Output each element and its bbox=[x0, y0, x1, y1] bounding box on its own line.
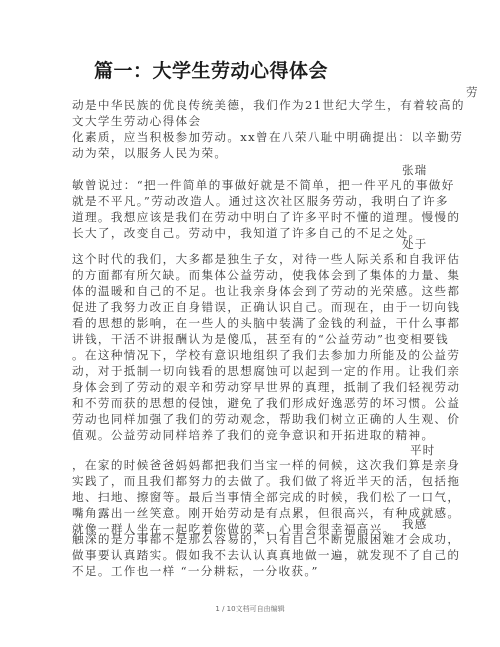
margin-character: 劳 bbox=[466, 84, 478, 100]
paragraph-line: 促进了我努力改正自身错误，正确认识自己。而现在，由于一切向钱 bbox=[72, 299, 460, 315]
paragraph-line: 触深的是万事都不是那么容易的，只有自己不断克服困难才会成功， bbox=[72, 531, 460, 547]
paragraph-line: 劳动也同样加强了我们的劳动观念，帮助我们树立正确的人生观、价 bbox=[72, 411, 460, 427]
paragraph-line: 的方面都有所欠缺。而集体公益劳动，使我体会到了集体的力量、集 bbox=[72, 267, 460, 283]
paragraph-line: 化素质，应当积极参加劳动。xx曾在八荣八耻中明确提出：以辛勤劳 bbox=[72, 129, 463, 145]
paragraph-line: 值观。公益劳动同样培养了我们的竞争意识和开拓进取的精神。 bbox=[72, 427, 434, 443]
paragraph-line: 长大了，改变自己。劳动中，我知道了许多自己的不足之处。 bbox=[72, 225, 421, 241]
paragraph-line: 讲钱，干活不讲报酬认为是傻瓜，甚至有的“公益劳动”也变相要钱 bbox=[72, 331, 449, 347]
paragraph-line: 看的思想的影响，在一些人的头脑中装满了金钱的利益，干什么事都 bbox=[72, 315, 460, 331]
paragraph-line: 敏曾说过：“把一件简单的事做好就是不简单，把一件平凡的事做好 bbox=[72, 177, 455, 193]
document-title: 篇一：大学生劳动心得体会 bbox=[94, 56, 328, 83]
paragraph-line: 体的温暖和自己的不足。也让我亲身体会到了劳动的光荣感。这些都 bbox=[72, 283, 460, 299]
paragraph-line: 动为荣，以服务人民为荣。 bbox=[72, 145, 227, 161]
paragraph-line: 文大学生劳动心得体会 bbox=[72, 113, 201, 129]
paragraph-line: 和不劳而获的思想的侵蚀，避免了我们形成好逸恶劳的坏习惯。公益 bbox=[72, 395, 460, 411]
paragraph-line: 不足。工作也一样 “一分耕耘，一分收获。” bbox=[72, 563, 319, 579]
paragraph-line: 就是不平凡。”劳动改造人。通过这次社区服务劳动，我明白了许多 bbox=[72, 193, 449, 209]
paragraph-lead: 我感 bbox=[402, 516, 427, 532]
paragraph-line: 身体会到了劳动的艰辛和劳动穿早世界的真理，抵制了我们轻视劳动 bbox=[72, 379, 460, 395]
paragraph-lead: 张瑞 bbox=[402, 162, 427, 178]
paragraph-lead: 平时 bbox=[410, 442, 435, 458]
paragraph-line: 实践了，而且我们都努力的去做了。我们做了将近半天的活，包括拖 bbox=[72, 473, 460, 489]
paragraph-lead: 处于 bbox=[402, 236, 427, 252]
paragraph-line: 做事要认真踏实。假如我不去认认真真地做一遍，就发现不了自己的 bbox=[72, 547, 460, 563]
paragraph-line: 。在这种情况下，学校有意识地组织了我们去参加力所能及的公益劳 bbox=[72, 347, 460, 363]
paragraph-line: 动是中华民族的优良传统美德，我们作为21世纪大学生，有着较高的 bbox=[72, 97, 465, 113]
paragraph-line: ，在家的时候爸爸妈妈都把我们当宝一样的伺候，这次我们算是亲身 bbox=[72, 457, 460, 473]
paragraph-line: 这个时代的我们，大多都是独生子女，对待一些人际关系和自我评估 bbox=[72, 251, 460, 267]
paragraph-line: 地、扫地、擦窗等。最后当事情全部完成的时候，我们松了一口气， bbox=[72, 489, 460, 505]
page-footer: 1 / 10文档可自由编辑 bbox=[0, 604, 500, 614]
paragraph-line: 动，对于抵制一切向钱看的思想腐蚀可以起到一定的作用。让我们亲 bbox=[72, 363, 460, 379]
paragraph-line: 道理。我想应该是我们在劳动中明白了许多平时不懂的道理。慢慢的 bbox=[72, 209, 460, 225]
